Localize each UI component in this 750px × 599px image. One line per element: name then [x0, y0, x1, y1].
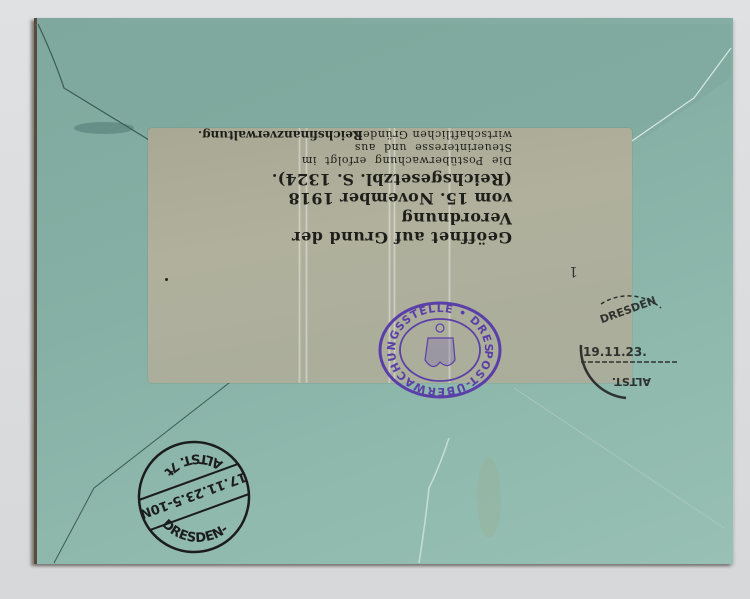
svg-text:DRESDEN-: DRESDEN-: [159, 517, 232, 546]
notice-line-3: Die Postüberwachung erfolgt im Steuerint…: [198, 141, 512, 167]
postmark-right-suffix: ALTST.: [612, 375, 651, 388]
postmark-left-town: DRESDEN-: [159, 517, 232, 546]
svg-text:ALTST. 7t: ALTST. 7t: [161, 450, 226, 478]
postmark-right-town: DRESDEN: [598, 294, 658, 326]
postmark-left-suffix: ALTST. 7t: [161, 450, 226, 478]
postmark-right: 19.11.23. ALTST. DRESDEN: [571, 290, 691, 410]
censor-seal: POST-ÜBERWACHUNGSSTELLE • DRESDEN •: [377, 300, 503, 400]
ink-dot: [165, 278, 168, 281]
postmark-right-date: 19.11.23.: [583, 345, 647, 359]
postmark-left: 17.11.23.5-10N DRESDEN- ALTST. 7t: [134, 437, 254, 557]
pencil-mark: 1: [569, 263, 578, 279]
label-notice-text: Geöffnet auf Grund der Verordnung vom 15…: [148, 128, 632, 278]
notice-line-1: Geöffnet auf Grund der Verordnung: [198, 209, 512, 247]
envelope-back: Geöffnet auf Grund der Verordnung vom 15…: [34, 18, 733, 564]
notice-line-2: vom 15. November 1918 (Reichsgesetzbl. S…: [198, 170, 512, 208]
